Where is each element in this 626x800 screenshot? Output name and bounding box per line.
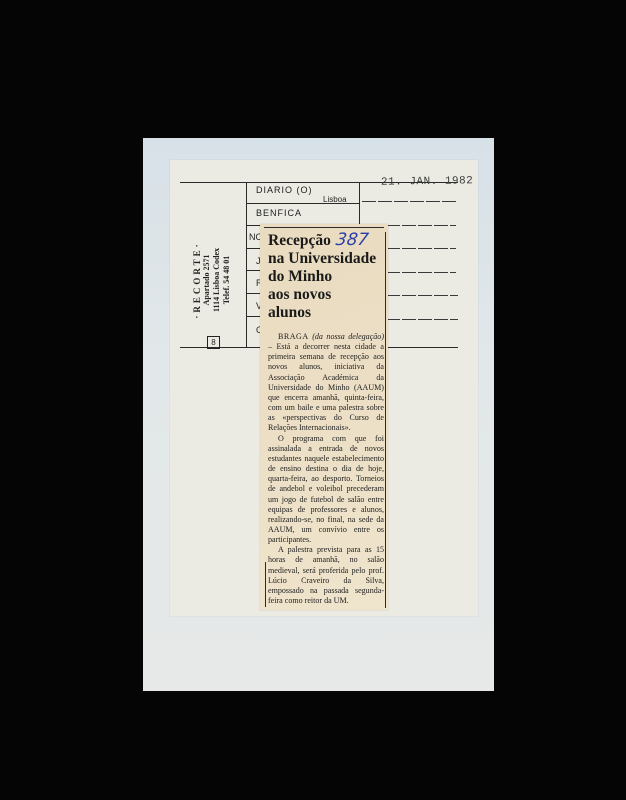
box-number: 8 [207, 336, 220, 349]
article-paragraph: BRAGA (da nossa delegação) – Está a deco… [268, 332, 384, 434]
article-paragraph: A palestra prevista para as 15 horas de … [268, 545, 384, 606]
row-sub-lisboa: Lisboa [323, 195, 347, 204]
article-body: BRAGA (da nossa delegação) – Está a deco… [268, 332, 384, 606]
form-divider-left [246, 182, 247, 347]
date-line [362, 201, 456, 202]
date-line [386, 295, 458, 296]
form-divider-right [359, 182, 360, 224]
agency-address: Apartado 2571 [202, 241, 212, 318]
row-label-benfica: BENFICA [256, 208, 302, 218]
date-line [386, 248, 456, 249]
row-label-diario: DIARIO (O) [256, 185, 313, 195]
clipping-top-rule [264, 227, 384, 228]
agency-phone: Telef. 54 48 01 [222, 241, 232, 318]
headline-line: do Minho [268, 268, 384, 286]
article-paragraph: O programa com que foi assinalada a entr… [268, 434, 384, 546]
date-stamp: 21. JAN. 1982 [381, 175, 474, 189]
headline-line: aos novos [268, 286, 384, 304]
form-row-rule [246, 316, 260, 317]
form-row-rule [246, 248, 260, 249]
date-line [386, 272, 456, 273]
form-row-rule [246, 225, 260, 226]
date-line [386, 225, 456, 226]
form-row-rule [246, 293, 260, 294]
clipping-column-rule [385, 232, 386, 608]
agency-city: 1114 Lisboa Codex [212, 241, 222, 318]
dateline-note: (da nossa delegação) [312, 332, 384, 341]
form-row-rule [246, 270, 260, 271]
headline-line: alunos [268, 304, 384, 322]
headline-line: na Universidade [268, 250, 384, 268]
dateline-city: BRAGA [278, 332, 309, 341]
handwritten-number: 387 [335, 230, 370, 250]
clipping-left-rule [265, 562, 266, 607]
agency-name: ·RECORTE· [192, 241, 202, 318]
date-line [386, 319, 458, 320]
agency-block: ·RECORTE· Apartado 2571 1114 Lisboa Code… [192, 241, 232, 318]
paragraph-text: – Está a decorrer nesta cidade a primeir… [268, 342, 384, 432]
